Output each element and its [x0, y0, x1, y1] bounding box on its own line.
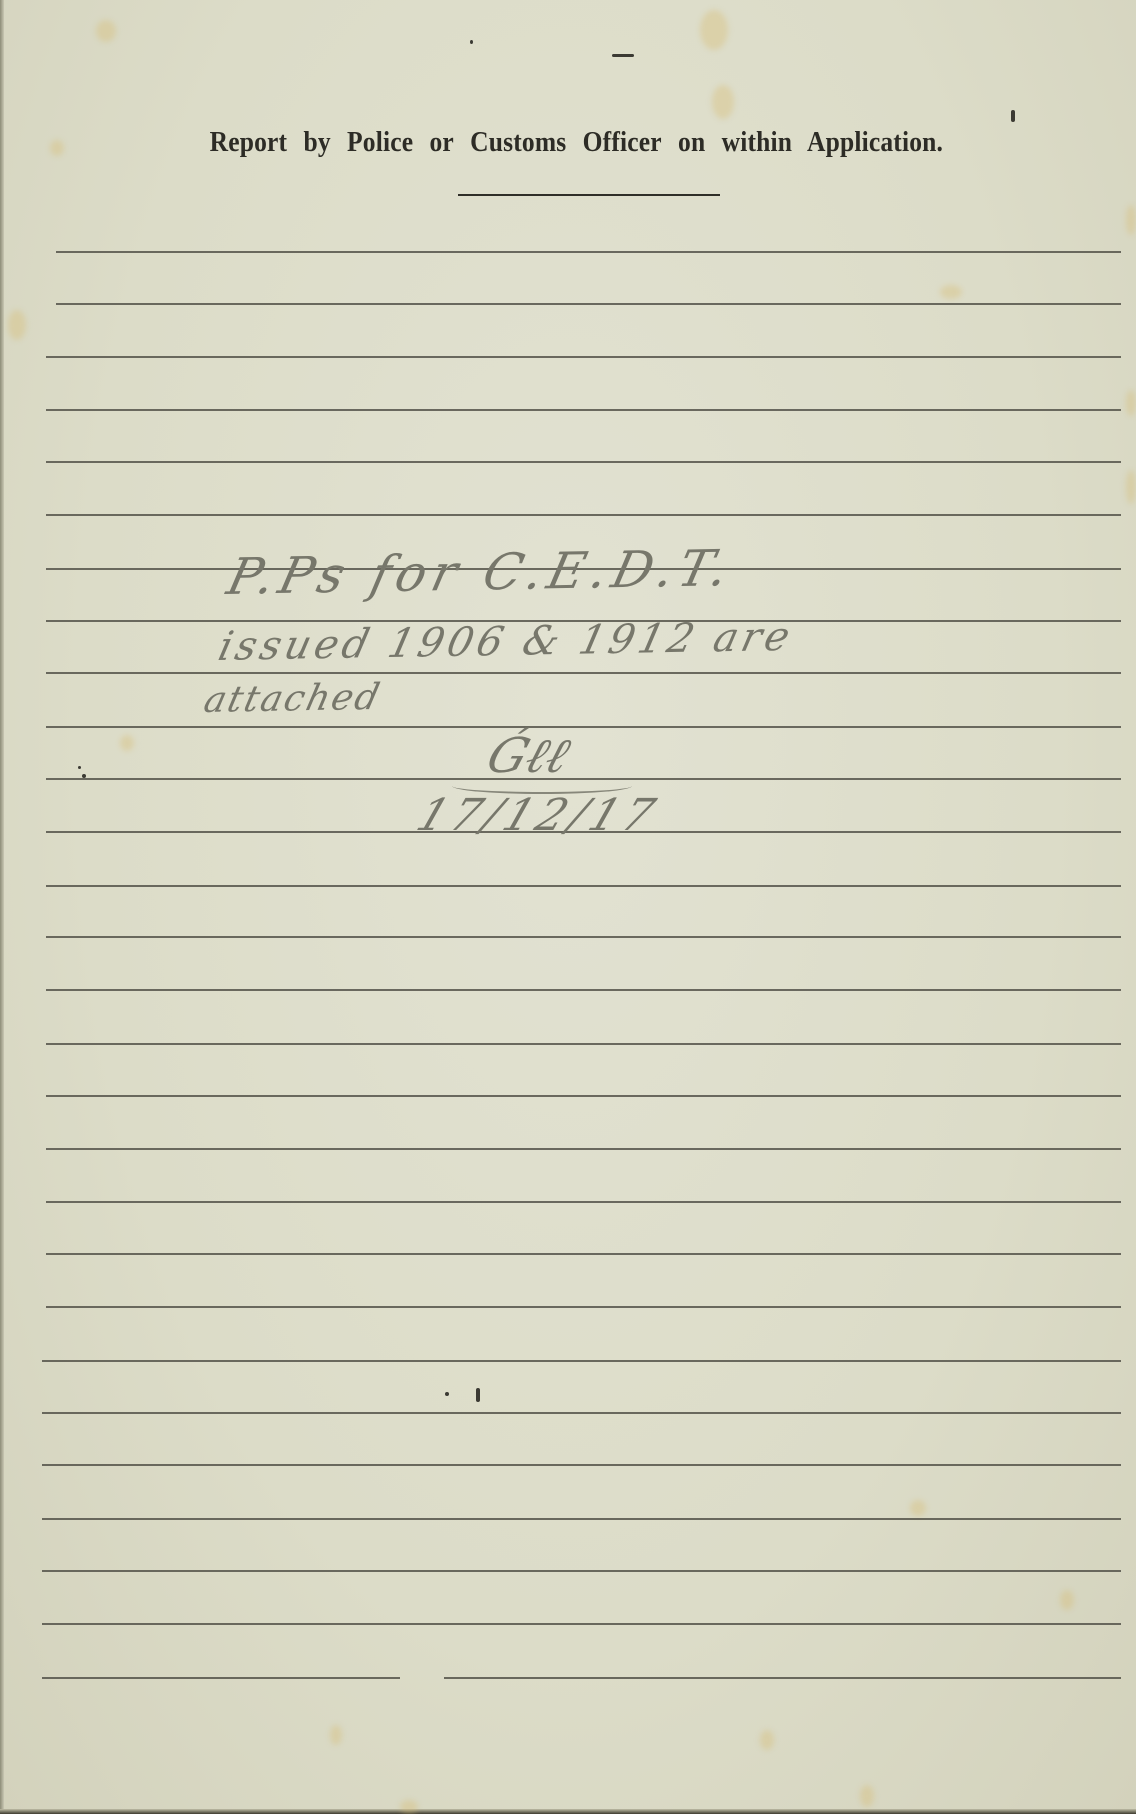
ruled-line: [46, 936, 1121, 938]
title-word: on: [678, 126, 705, 158]
ruled-line: [42, 1412, 1121, 1414]
title-word: Report: [210, 126, 288, 158]
ruled-line: [42, 1570, 1121, 1572]
paper-stain: [330, 1725, 342, 1745]
page-bottom-edge: [0, 1809, 1136, 1814]
paper-stain: [120, 735, 134, 751]
paper-stain: [910, 1500, 926, 1516]
ruled-line: [46, 1095, 1121, 1097]
paper-stain: [860, 1785, 874, 1807]
paper-stain: [50, 140, 64, 156]
ruled-line: [46, 672, 1121, 674]
paper-stain: [940, 285, 962, 299]
ruled-line: [46, 1306, 1121, 1308]
handwritten-date: 17/12/17: [410, 790, 666, 841]
ruled-line: [42, 1360, 1121, 1362]
paper-stain: [1126, 205, 1136, 235]
ruled-line: [56, 303, 1121, 305]
handwritten-note-line-2: issued 1906 & 1912 are: [214, 614, 798, 670]
ruled-line: [46, 885, 1121, 887]
title-word: within: [722, 126, 793, 158]
ruled-line: [46, 1253, 1121, 1255]
paper-stain: [400, 1800, 418, 1814]
ruled-line: [46, 989, 1121, 991]
ink-speck: [476, 1388, 480, 1402]
ink-speck: [1011, 110, 1015, 122]
page-title: Report by Police or Customs Officer on w…: [68, 126, 1068, 159]
document-page: Report by Police or Customs Officer on w…: [0, 0, 1136, 1814]
handwritten-note-line-1: P.Ps for C.E.D.T.: [222, 539, 740, 606]
title-word: or: [429, 126, 453, 158]
ruled-line: [46, 409, 1121, 411]
ruled-line: [46, 514, 1121, 516]
ruled-line: [46, 1148, 1121, 1150]
ruled-line: [42, 1623, 1121, 1625]
handwritten-note-line-3: attached: [200, 677, 385, 721]
handwritten-signature: Ǵℓℓ: [480, 728, 577, 784]
ruled-line: [42, 1677, 400, 1679]
ink-speck: [445, 1392, 449, 1396]
paper-stain: [96, 20, 116, 42]
paper-stain: [1060, 1590, 1074, 1610]
ruled-line: [46, 1201, 1121, 1203]
paper-stain: [1126, 470, 1136, 504]
ruled-line: [56, 251, 1121, 253]
ink-speck: [612, 54, 634, 57]
title-word: Customs: [470, 126, 566, 158]
paper-stain: [1126, 390, 1136, 416]
ruled-line-segment: [444, 1677, 1121, 1679]
ruled-line: [46, 356, 1121, 358]
paper-stain: [8, 310, 26, 340]
ink-speck: [470, 40, 473, 44]
ruled-line: [46, 726, 1121, 728]
page-left-edge: [0, 0, 4, 1814]
ruled-line: [46, 1043, 1121, 1045]
title-word: Application.: [807, 126, 943, 158]
title-word: Police: [347, 126, 413, 158]
title-word: Officer: [583, 126, 662, 158]
paper-stain: [760, 1730, 774, 1750]
paper-stain: [700, 10, 728, 50]
ink-speck: [78, 766, 81, 769]
title-word: by: [303, 126, 330, 158]
paper-stain: [712, 85, 734, 119]
ruled-line: [42, 1518, 1121, 1520]
title-underline-rule: [458, 194, 720, 196]
ruled-line: [46, 461, 1121, 463]
ruled-line: [42, 1464, 1121, 1466]
